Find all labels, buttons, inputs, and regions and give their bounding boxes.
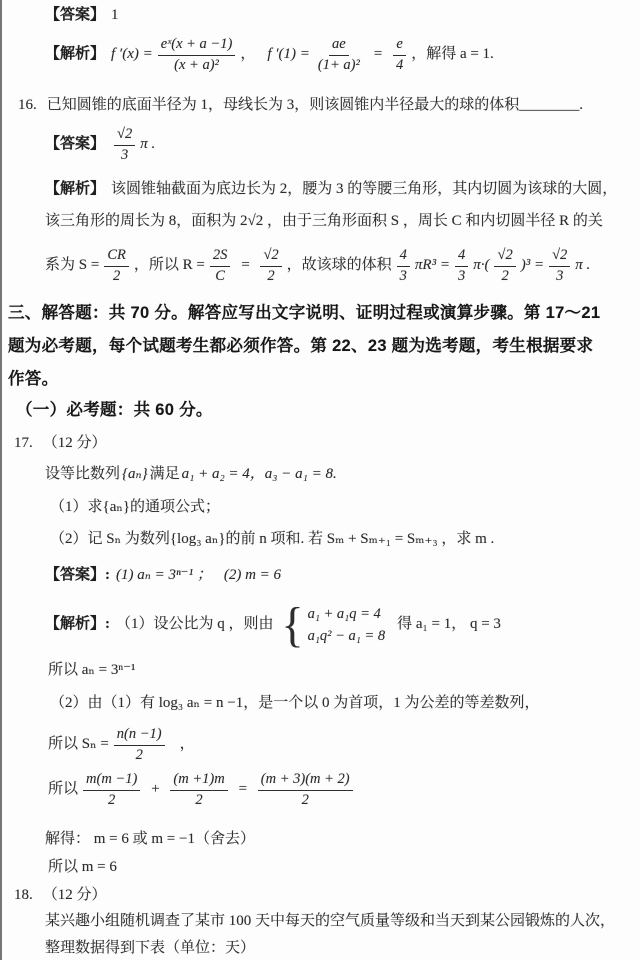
comma: ， <box>240 45 255 65</box>
question-points: （12 分） <box>43 434 107 454</box>
fraction-numerator: 4 <box>397 247 410 266</box>
fraction-denominator: 2 <box>192 791 205 809</box>
answer-label: 【答案】 <box>45 6 105 26</box>
fraction-numerator: CR <box>104 247 129 266</box>
analysis-label: 【解析】: <box>45 615 110 635</box>
q17-analysis-line7: 所以 m = 6 <box>48 858 117 878</box>
q17-number-line: 17. （12 分） <box>14 434 107 454</box>
question-number: 18. <box>14 886 33 906</box>
fraction: CR 2 <box>104 247 129 284</box>
section-heading-text: 三、解答题：共 70 分。解答应写出文字说明、证明过程或演算步骤。第 17～21 <box>8 303 600 324</box>
question-text: 整理数据得到下表（单位：天） <box>45 939 255 959</box>
section-heading-line1: 三、解答题：共 70 分。解答应写出文字说明、证明过程或演算步骤。第 17～21 <box>8 303 600 324</box>
analysis-text: 所以 Sₙ = <box>48 735 109 755</box>
section-heading-text: 作答。 <box>8 369 58 390</box>
fraction-denominator: 2 <box>110 267 123 285</box>
question-points: （12 分） <box>43 886 107 906</box>
analysis-text: ，故该球的体积 <box>287 256 392 276</box>
question-text: 设等比数列 <box>45 465 120 485</box>
analysis-label: 【解析】 <box>45 180 105 200</box>
q17-analysis-line3: （2）由（1）有 log₃ aₙ = n −1，是一个以 0 为首项，1 为公差… <box>50 694 539 714</box>
section-subheading: （一）必考题：共 60 分。 <box>16 400 213 421</box>
fraction-denominator: 2 <box>264 267 277 285</box>
formula-text: π·( <box>473 256 489 276</box>
analysis-label: 【解析】 <box>45 45 105 65</box>
subquestion-text: （2）记 Sₙ 为数列{log₃ aₙ}的前 n 项和. 若 Sₘ + Sₘ₊₁… <box>50 530 494 550</box>
fraction-numerator: m(m −1) <box>83 771 140 790</box>
fraction-denominator: 3 <box>455 267 468 285</box>
plus-sign: + <box>150 780 160 800</box>
analysis-text: 所以 <box>48 780 78 800</box>
fraction-numerator: n(n −1) <box>114 726 165 745</box>
fraction-denominator: 4 <box>393 56 406 74</box>
analysis-text: 所以 m = 6 <box>48 858 117 878</box>
formula-fprime-x: f ′(x) = <box>111 45 153 65</box>
fraction-denominator: 3 <box>118 146 131 164</box>
q17-analysis-line5: 所以 m(m −1) 2 + (m +1)m 2 = (m + 3)(m + 2… <box>48 764 356 816</box>
conclusion-text: ，解得 a = 1. <box>411 45 494 65</box>
fraction-numerator: eˣ(x + a −1) <box>158 36 236 55</box>
answer-label: 【答案】: <box>45 566 110 586</box>
fraction: √2 3 <box>114 126 135 163</box>
q16-analysis-line3: 系为 S = CR 2 ，所以 R = 2S C = √2 2 ，故该球的体积 … <box>45 240 590 292</box>
fraction: 4 3 <box>455 247 468 284</box>
fraction: (m + 3)(m + 2) 2 <box>258 771 353 808</box>
fraction-numerator: √2 <box>494 247 515 266</box>
scan-edge-line <box>0 0 2 960</box>
equation-system: a₁ + a₁q = 4 a₁q² − a₁ = 8 <box>308 603 386 648</box>
fraction-numerator: (m +1)m <box>170 771 227 790</box>
fraction-numerator: e <box>393 36 405 55</box>
analysis-text: 解得： m = 6 或 m = −1（舍去） <box>45 830 255 850</box>
sequence-notation: {aₙ} <box>122 465 148 485</box>
q18-stem-line2: 整理数据得到下表（单位：天） <box>45 939 255 959</box>
q17-part1: （1）求{aₙ}的通项公式； <box>50 498 220 518</box>
answer-value: 1 <box>111 6 119 26</box>
section-heading-text: 题为必考题，每个试题考生都必须作答。第 22、23 题为选考题，考生根据要求 <box>8 336 593 357</box>
formula-text: πR³ = <box>415 256 450 276</box>
section-heading-line3: 作答。 <box>8 369 58 390</box>
equation-bottom: a₁q² − a₁ = 8 <box>308 625 386 647</box>
fraction-denominator: 3 <box>397 267 410 285</box>
fraction: 4 3 <box>397 247 410 284</box>
analysis-text: （1）设公比为 q ，则由 <box>116 615 274 635</box>
analysis-text: 所以 aₙ = 3ⁿ⁻¹ <box>48 661 136 681</box>
answer-label: 【答案】 <box>45 135 105 155</box>
q18-stem-line1: 某兴趣小组随机调查了某市 100 天中每天的空气质量等级和当天到某公园锻炼的人次… <box>45 912 615 932</box>
q16-analysis-line2: 该三角形的周长为 8，面积为 2√2 ，由于三角形面积 S ，周长 C 和内切圆… <box>45 212 603 232</box>
fraction-denominator: 2 <box>498 267 511 285</box>
analysis-text: ，所以 R = <box>134 256 205 276</box>
q17-answer-line: 【答案】: (1) aₙ = 3ⁿ⁻¹ ； (2) m = 6 <box>45 566 281 586</box>
equals-sign: = <box>373 45 383 65</box>
comma: ， <box>180 735 195 755</box>
equals-sign: = <box>240 256 250 276</box>
fraction: m(m −1) 2 <box>83 771 140 808</box>
analysis-text: 该三角形的周长为 8，面积为 2√2 ，由于三角形面积 S ，周长 C 和内切圆… <box>45 212 603 232</box>
equation-top: a₁ + a₁q = 4 <box>308 603 386 625</box>
q17-stem: 设等比数列 {aₙ} 满足 a₁ + a₂ = 4，a₃ − a₁ = 8. <box>45 465 337 485</box>
q16-answer-line: 【答案】 √2 3 π . <box>45 119 155 171</box>
question-number: 17. <box>14 434 33 454</box>
q15-analysis-line: 【解析】 f ′(x) = eˣ(x + a −1) (x + a)² ， f … <box>45 29 494 81</box>
fraction: ae (1+ a)² <box>315 36 363 73</box>
fraction: n(n −1) 2 <box>114 726 165 763</box>
fraction-numerator: ae <box>329 36 349 55</box>
section-heading-line2: 题为必考题，每个试题考生都必须作答。第 22、23 题为选考题，考生根据要求 <box>8 336 593 357</box>
pi-symbol: π . <box>140 135 155 155</box>
section-subheading-text: （一）必考题：共 60 分。 <box>16 400 213 421</box>
q15-answer-line: 【答案】 1 <box>45 6 119 26</box>
q17-analysis-line1: 【解析】: （1）设公比为 q ，则由 { a₁ + a₁q = 4 a₁q² … <box>45 597 501 653</box>
analysis-text: 得 a₁ = 1， q = 3 <box>397 615 501 635</box>
fraction-numerator: √2 <box>260 247 281 266</box>
question-text: 已知圆锥的底面半径为 1，母线长为 3，则该圆锥内半径最大的球的体积______… <box>47 96 583 116</box>
fraction: e 4 <box>393 36 406 73</box>
q18-number-line: 18. （12 分） <box>14 886 107 906</box>
q17-analysis-line2: 所以 aₙ = 3ⁿ⁻¹ <box>48 661 136 681</box>
formula-fprime-1: f ′(1) = <box>267 45 310 65</box>
question-text: 某兴趣小组随机调查了某市 100 天中每天的空气质量等级和当天到某公园锻炼的人次… <box>45 912 615 932</box>
fraction: √2 2 <box>260 247 281 284</box>
fraction-denominator: 2 <box>299 791 312 809</box>
system-brace: { <box>282 603 304 646</box>
fraction-denominator: (x + a)² <box>171 56 222 74</box>
fraction-denominator: 3 <box>553 267 566 285</box>
fraction-denominator: 2 <box>133 746 146 764</box>
subquestion-text: （1）求{aₙ}的通项公式； <box>50 498 220 518</box>
document-page: 【答案】 1 【解析】 f ′(x) = eˣ(x + a −1) (x + a… <box>0 0 640 960</box>
q17-analysis-line6: 解得： m = 6 或 m = −1（舍去） <box>45 830 255 850</box>
fraction-denominator: (1+ a)² <box>315 56 363 74</box>
analysis-text: 系为 S = <box>45 256 99 276</box>
q16-stem: 16. 已知圆锥的底面半径为 1，母线长为 3，则该圆锥内半径最大的球的体积__… <box>18 96 583 116</box>
question-text: 满足 <box>150 465 180 485</box>
fraction-numerator: √2 <box>549 247 570 266</box>
fraction: eˣ(x + a −1) (x + a)² <box>158 36 236 73</box>
fraction-denominator: C <box>212 267 228 285</box>
fraction: √2 2 <box>494 247 515 284</box>
fraction-numerator: 2S <box>210 247 231 266</box>
fraction: 2S C <box>210 247 231 284</box>
condition-formula: a₁ + a₂ = 4，a₃ − a₁ = 8. <box>182 465 337 485</box>
analysis-text: （2）由（1）有 log₃ aₙ = n −1，是一个以 0 为首项，1 为公差… <box>50 694 539 714</box>
pi-symbol: π . <box>575 256 590 276</box>
fraction: √2 3 <box>549 247 570 284</box>
q17-part2: （2）记 Sₙ 为数列{log₃ aₙ}的前 n 项和. 若 Sₘ + Sₘ₊₁… <box>50 530 494 550</box>
equals-sign: = <box>238 780 248 800</box>
fraction: (m +1)m 2 <box>170 771 227 808</box>
question-number: 16. <box>18 96 37 116</box>
fraction-numerator: 4 <box>455 247 468 266</box>
analysis-text: 该圆锥轴截面为底边长为 2，腰为 3 的等腰三角形，其内切圆为该球的大圆， <box>111 180 617 200</box>
answer-part1: (1) aₙ = 3ⁿ⁻¹ ； <box>116 566 212 586</box>
formula-text: )³ = <box>521 256 544 276</box>
q16-analysis-line1: 【解析】 该圆锥轴截面为底边长为 2，腰为 3 的等腰三角形，其内切圆为该球的大… <box>45 180 617 200</box>
fraction-numerator: (m + 3)(m + 2) <box>258 771 353 790</box>
answer-part2: (2) m = 6 <box>224 566 281 586</box>
fraction-denominator: 2 <box>105 791 118 809</box>
fraction-numerator: √2 <box>114 126 135 145</box>
